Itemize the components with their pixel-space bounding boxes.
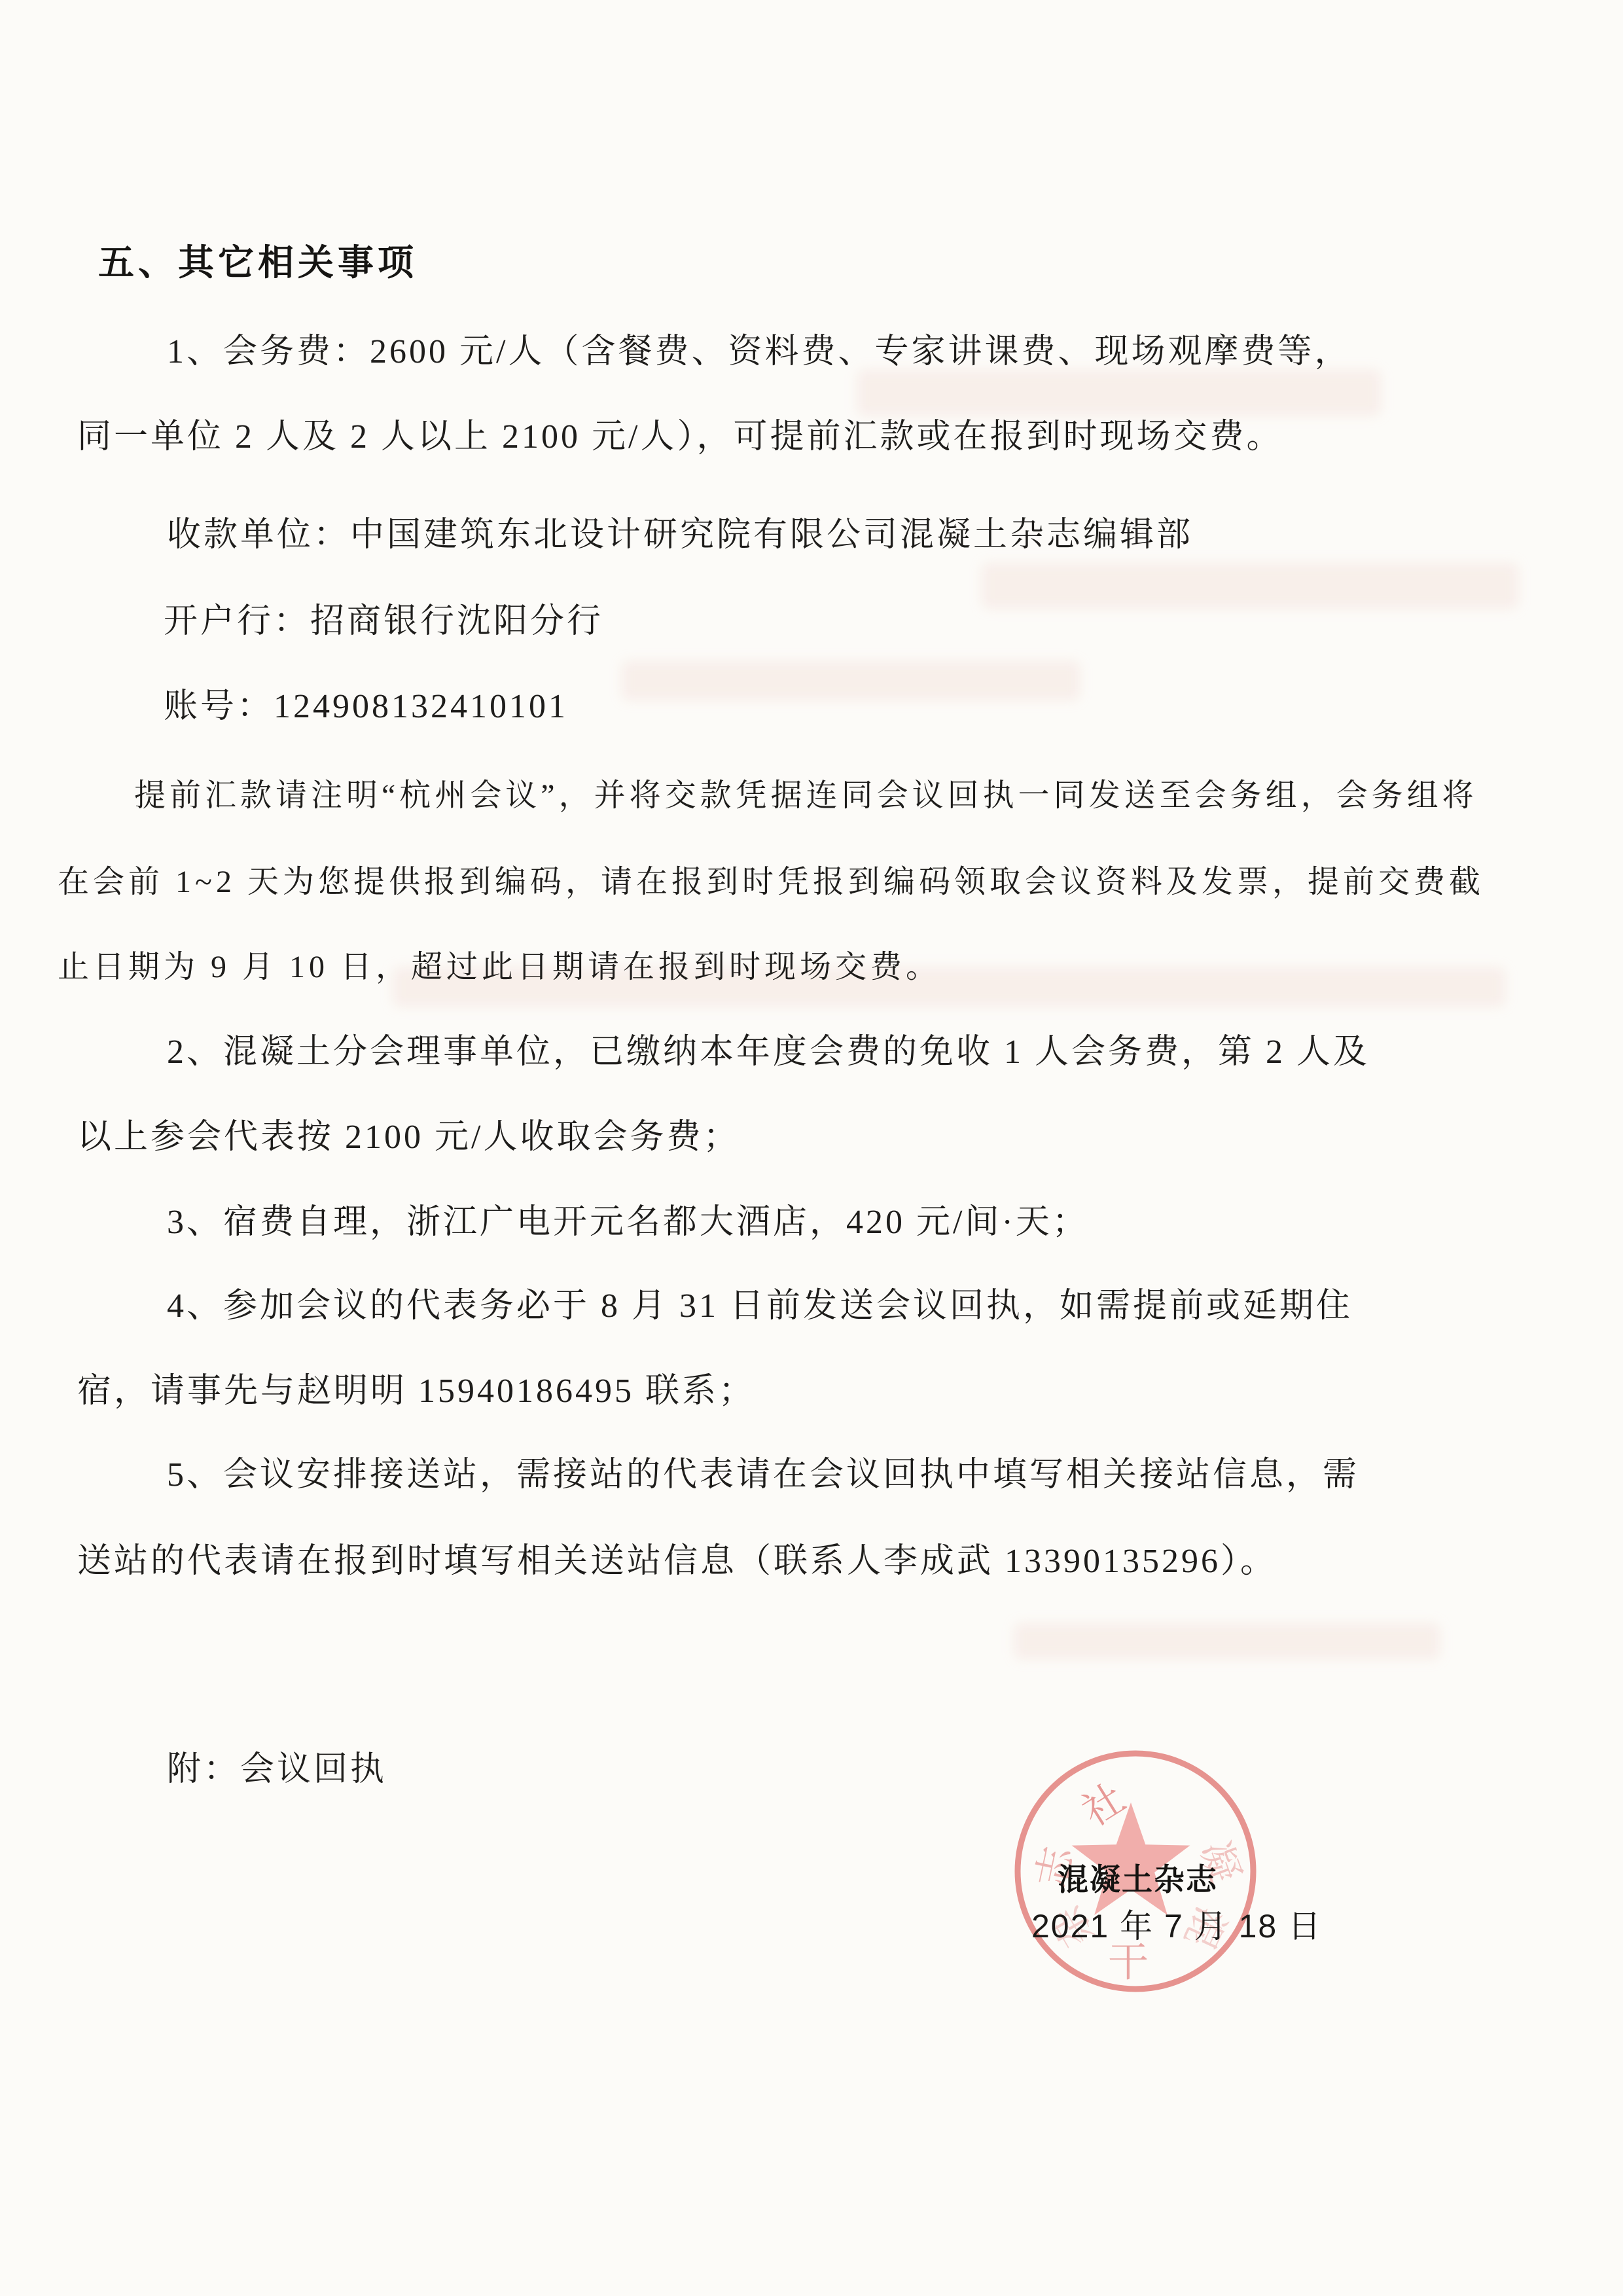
bleedthrough-ghost bbox=[622, 661, 1080, 700]
membership-line-1: 2、混凝土分会理事单位，已缴纳本年度会费的免收 1 人会务费，第 2 人及 bbox=[167, 1035, 1370, 1069]
payee-line: 收款单位：中国建筑东北设计研究院有限公司混凝土杂志编辑部 bbox=[167, 518, 1193, 552]
signature-org: 混凝土杂志 bbox=[1058, 1864, 1218, 1895]
hotel-line: 3、宿费自理，浙江广电开元名都大酒店，420 元/间·天； bbox=[167, 1206, 1089, 1240]
shuttle-line-1: 5、会议安排接送站，需接站的代表请在会议回执中填写相关接站信息，需 bbox=[167, 1458, 1359, 1492]
remittance-line-2: 在会前 1~2 天为您提供报到编码，请在报到时凭报到编码领取会议资料及发票，提前… bbox=[58, 867, 1484, 898]
scanned-document-page: 五、其它相关事项 1、会务费：2600 元/人（含餐费、资料费、专家讲课费、现场… bbox=[0, 0, 1623, 2296]
seal-ring-char: 干 bbox=[1108, 1940, 1149, 1985]
signature-date: 2021 年 7 月 18 日 bbox=[1031, 1910, 1322, 1943]
membership-line-2: 以上参会代表按 2100 元/人收取会务费； bbox=[77, 1121, 740, 1155]
fee-line-1: 1、会务费：2600 元/人（含餐费、资料费、专家讲课费、现场观摩费等， bbox=[167, 335, 1351, 369]
bank-line: 开户行：招商银行沈阳分行 bbox=[164, 605, 603, 639]
attachment-note: 附：会议回执 bbox=[167, 1753, 387, 1787]
remittance-line-1: 提前汇款请注明“杭州会议”，并将交款凭据连同会议回执一同发送至会务组，会务组将 bbox=[134, 780, 1478, 812]
bleedthrough-ghost bbox=[1014, 1623, 1440, 1659]
shuttle-line-2: 送站的代表请在报到时填写相关送站信息（联系人李成武 13390135296）。 bbox=[77, 1545, 1277, 1579]
reply-line-1: 4、参加会议的代表务必于 8 月 31 日前发送会议回执，如需提前或延期住 bbox=[167, 1289, 1353, 1323]
fee-line-2: 同一单位 2 人及 2 人以上 2100 元/人），可提前汇款或在报到时现场交费… bbox=[77, 420, 1283, 454]
account-line: 账号：124908132410101 bbox=[164, 690, 568, 724]
bleedthrough-ghost bbox=[982, 563, 1518, 609]
remittance-line-3: 止日期为 9 月 10 日，超过此日期请在报到时现场交费。 bbox=[58, 952, 941, 983]
bleedthrough-ghost bbox=[857, 370, 1381, 416]
reply-line-2: 宿，请事先与赵明明 15940186495 联系； bbox=[77, 1374, 755, 1408]
section-heading: 五、其它相关事项 bbox=[98, 245, 418, 281]
